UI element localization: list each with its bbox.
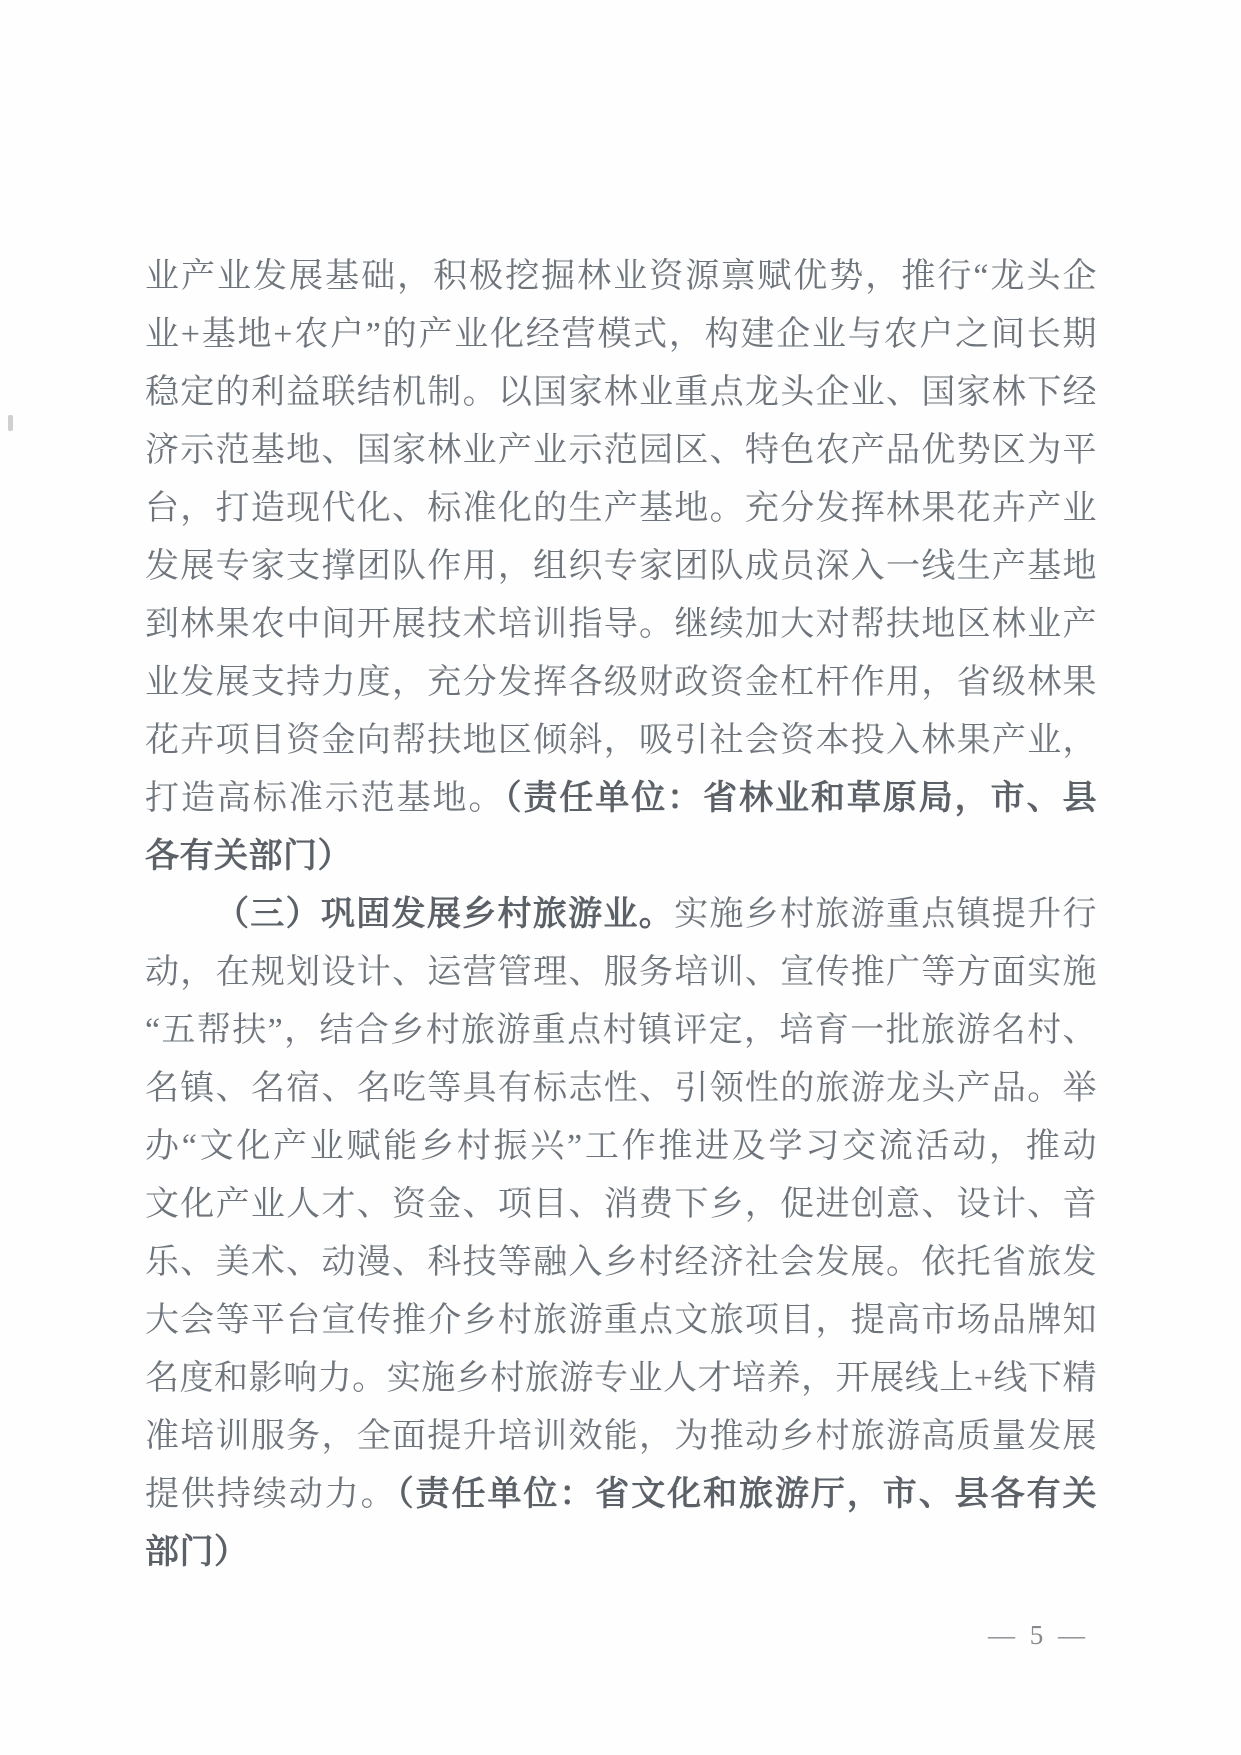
body-text: 业发展支持力度，充分发挥各级财政资金杠杆作用，省级林果: [145, 664, 1097, 701]
document-line: 名镇、名宿、名吃等具有标志性、引领性的旅游龙头产品。举: [145, 1060, 1097, 1118]
emphasis-text: （责任单位：省文化和旅游厅，市、县各有关: [397, 1476, 1097, 1513]
body-text: 稳定的利益联结机制。以国家林业重点龙头企业、国家林下经: [145, 374, 1097, 411]
document-line: 稳定的利益联结机制。以国家林业重点龙头企业、国家林下经: [145, 364, 1097, 422]
body-text: 办“文化产业赋能乡村振兴”工作推进及学习交流活动，推动: [145, 1128, 1097, 1165]
body-text: 动，在规划设计、运营管理、服务培训、宣传推广等方面实施: [145, 954, 1097, 991]
document-line: （三）巩固发展乡村旅游业。实施乡村旅游重点镇提升行: [145, 886, 1097, 944]
document-line: 业+基地+农户”的产业化经营模式，构建企业与农户之间长期: [145, 306, 1097, 364]
body-text: 名度和影响力。实施乡村旅游专业人才培养，开展线上+线下精: [145, 1360, 1097, 1397]
document-line: 台，打造现代化、标准化的生产基地。充分发挥林果花卉产业: [145, 480, 1097, 538]
document-line: 部门）: [145, 1524, 1097, 1582]
document-line: 文化产业人才、资金、项目、消费下乡，促进创意、设计、音: [145, 1176, 1097, 1234]
emphasis-text: （三）巩固发展乡村旅游业。: [215, 896, 674, 933]
document-body: 业产业发展基础，积极挖掘林业资源禀赋优势，推行“龙头企业+基地+农户”的产业化经…: [145, 248, 1097, 1582]
body-text: 业+基地+农户”的产业化经营模式，构建企业与农户之间长期: [145, 316, 1097, 353]
document-page: 业产业发展基础，积极挖掘林业资源禀赋优势，推行“龙头企业+基地+农户”的产业化经…: [0, 0, 1241, 1755]
body-text: 文化产业人才、资金、项目、消费下乡，促进创意、设计、音: [145, 1186, 1097, 1223]
document-line: 大会等平台宣传推介乡村旅游重点文旅项目，提高市场品牌知: [145, 1292, 1097, 1350]
document-line: 各有关部门）: [145, 828, 1097, 886]
document-line: 动，在规划设计、运营管理、服务培训、宣传推广等方面实施: [145, 944, 1097, 1002]
document-line: 乐、美术、动漫、科技等融入乡村经济社会发展。依托省旅发: [145, 1234, 1097, 1292]
body-text: 实施乡村旅游重点镇提升行: [674, 896, 1097, 933]
scan-artifact: [8, 415, 13, 431]
document-line: 发展专家支撑团队作用，组织专家团队成员深入一线生产基地: [145, 538, 1097, 596]
emphasis-text: 各有关部门）: [145, 838, 352, 875]
body-text: 提供持续动力。: [145, 1476, 397, 1513]
document-line: 准培训服务，全面提升培训效能，为推动乡村旅游高质量发展: [145, 1408, 1097, 1466]
body-text: 济示范基地、国家林业产业示范园区、特色农产品优势区为平: [145, 432, 1097, 469]
body-text: 乐、美术、动漫、科技等融入乡村经济社会发展。依托省旅发: [145, 1244, 1097, 1281]
body-text: 台，打造现代化、标准化的生产基地。充分发挥林果花卉产业: [145, 490, 1097, 527]
document-line: “五帮扶”，结合乡村旅游重点村镇评定，培育一批旅游名村、: [145, 1002, 1097, 1060]
page-number: — 5 —: [988, 1620, 1089, 1651]
document-line: 济示范基地、国家林业产业示范园区、特色农产品优势区为平: [145, 422, 1097, 480]
document-line: 业产业发展基础，积极挖掘林业资源禀赋优势，推行“龙头企: [145, 248, 1097, 306]
document-line: 花卉项目资金向帮扶地区倾斜，吸引社会资本投入林果产业，: [145, 712, 1097, 770]
document-line: 打造高标准示范基地。（责任单位：省林业和草原局，市、县: [145, 770, 1097, 828]
document-line: 业发展支持力度，充分发挥各级财政资金杠杆作用，省级林果: [145, 654, 1097, 712]
document-line: 提供持续动力。（责任单位：省文化和旅游厅，市、县各有关: [145, 1466, 1097, 1524]
document-line: 办“文化产业赋能乡村振兴”工作推进及学习交流活动，推动: [145, 1118, 1097, 1176]
body-text: 准培训服务，全面提升培训效能，为推动乡村旅游高质量发展: [145, 1418, 1097, 1455]
body-text: 发展专家支撑团队作用，组织专家团队成员深入一线生产基地: [145, 548, 1097, 585]
document-line: 到林果农中间开展技术培训指导。继续加大对帮扶地区林业产: [145, 596, 1097, 654]
body-text: 业产业发展基础，积极挖掘林业资源禀赋优势，推行“龙头企: [145, 258, 1097, 295]
emphasis-text: 部门）: [145, 1534, 249, 1571]
document-line: 名度和影响力。实施乡村旅游专业人才培养，开展线上+线下精: [145, 1350, 1097, 1408]
body-text: 大会等平台宣传推介乡村旅游重点文旅项目，提高市场品牌知: [145, 1302, 1097, 1339]
body-text: 到林果农中间开展技术培训指导。继续加大对帮扶地区林业产: [145, 606, 1097, 643]
body-text: 花卉项目资金向帮扶地区倾斜，吸引社会资本投入林果产业，: [145, 722, 1097, 759]
body-text: “五帮扶”，结合乡村旅游重点村镇评定，培育一批旅游名村、: [145, 1012, 1097, 1049]
body-text: 名镇、名宿、名吃等具有标志性、引领性的旅游龙头产品。举: [145, 1070, 1097, 1107]
body-text: 打造高标准示范基地。: [145, 780, 504, 817]
emphasis-text: （责任单位：省林业和草原局，市、县: [504, 780, 1097, 817]
